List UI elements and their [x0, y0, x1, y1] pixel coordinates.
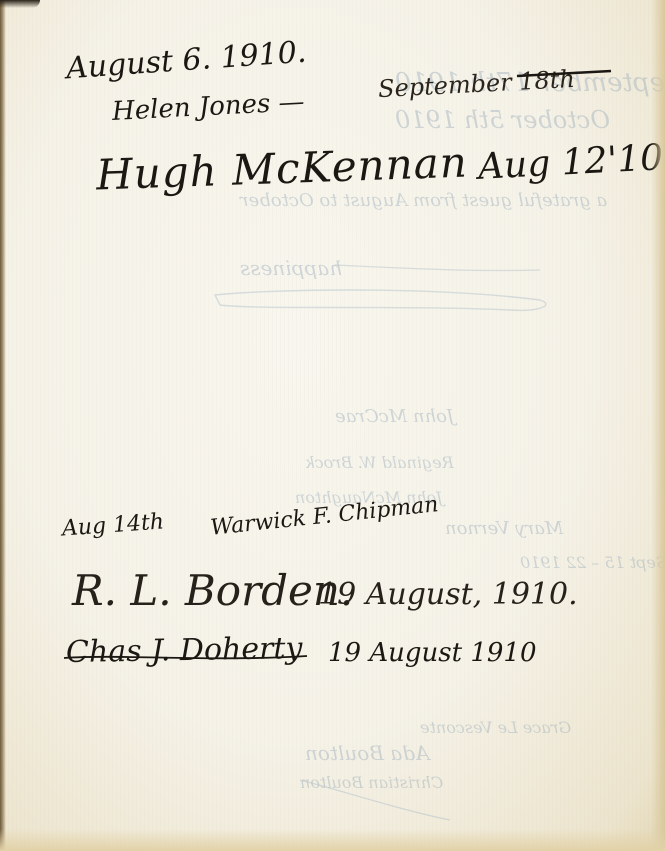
bleed-flourish	[0, 0, 665, 851]
entry-date-hugh: Aug 12'10	[477, 140, 664, 186]
entry-date-doherty: 19 August 1910	[328, 640, 536, 666]
entry-signature-rl-borden: R. L. Borden.	[72, 570, 353, 612]
entry-date-borden: 19 August, 1910.	[318, 580, 578, 610]
autograph-book-page: September 17th 1910 October 5th 1910 a g…	[0, 0, 665, 851]
entry-signature-hugh-mckennan: Hugh McKennan	[95, 142, 468, 197]
underline-stroke	[515, 68, 615, 80]
corner-shadow	[0, 0, 40, 8]
page-bottom-edge	[0, 829, 665, 851]
book-binding-edge	[0, 0, 6, 851]
page-right-edge	[651, 0, 665, 851]
signature-strike-stroke	[62, 648, 312, 668]
